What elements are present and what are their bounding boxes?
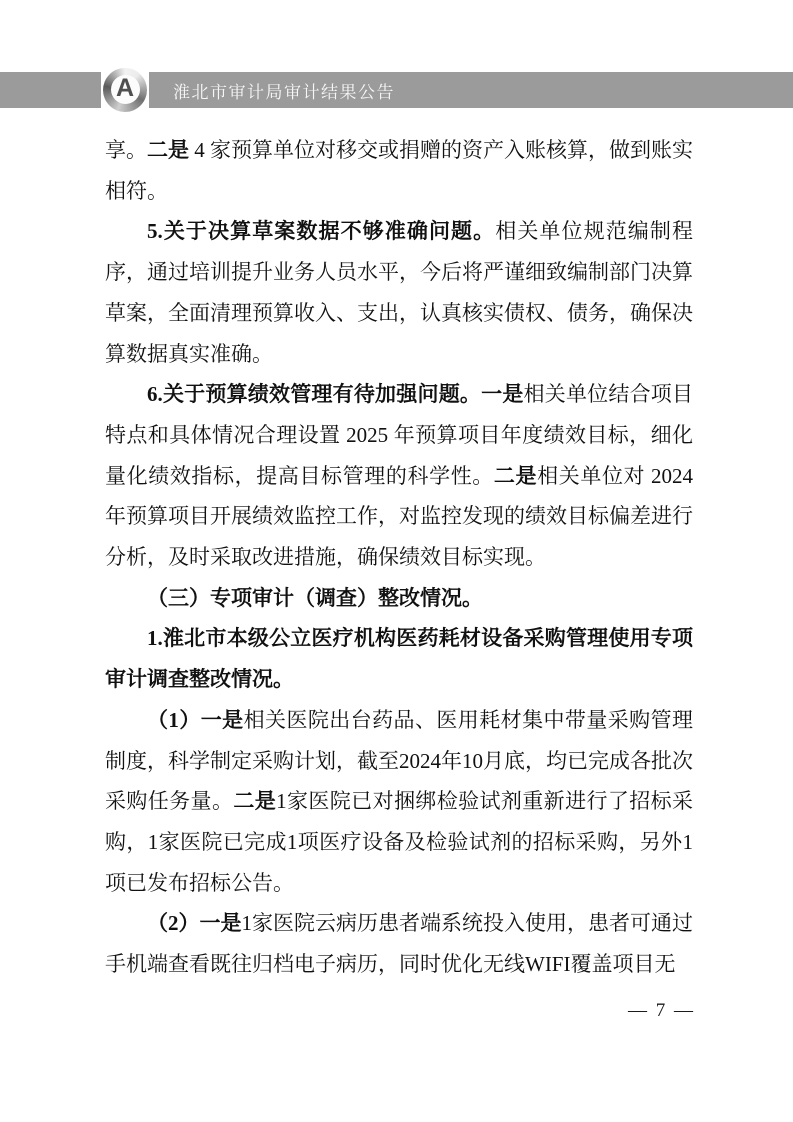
text-run: 4 家预算单位对移交或捐赠的资产入账核算，做到账实相符。 bbox=[105, 138, 693, 203]
bold-text-run: （2）一是 bbox=[147, 911, 242, 935]
bold-text-run: 5.关于决算草案数据不够准确问题。 bbox=[147, 219, 495, 243]
paragraph: （1）一是相关医院出台药品、医用耗材集中带量采购管理制度，科学制定采购计划，截至… bbox=[105, 700, 693, 904]
emblem-inner-circle: A bbox=[111, 75, 140, 104]
paragraph: （三）专项审计（调查）整改情况。 bbox=[105, 578, 693, 619]
paragraph: 5.关于决算草案数据不够准确问题。相关单位规范编制程序，通过培训提升业务人员水平… bbox=[105, 211, 693, 374]
bold-text-run: 1.淮北市本级公立医疗机构医药耗材设备采购管理使用专项审计调查整改情况。 bbox=[105, 626, 693, 691]
bold-text-run: 6.关于预算绩效管理有待加强问题。一是 bbox=[147, 382, 524, 406]
bold-text-run: 二是 bbox=[147, 138, 189, 162]
paragraph: 6.关于预算绩效管理有待加强问题。一是相关单位结合项目特点和具体情况合理设置 2… bbox=[105, 374, 693, 578]
audit-bureau-emblem-icon: A bbox=[103, 68, 147, 112]
bold-text-run: （1）一是 bbox=[147, 708, 244, 732]
audit-logo: A bbox=[101, 64, 149, 115]
paragraph: 1.淮北市本级公立医疗机构医药耗材设备采购管理使用专项审计调查整改情况。 bbox=[105, 618, 693, 699]
page-number: — 7 — bbox=[628, 1000, 695, 1022]
paragraph: （2）一是1家医院云病历患者端系统投入使用，患者可通过手机端查看既往归档电子病历… bbox=[105, 903, 693, 984]
text-run: 享。 bbox=[105, 138, 147, 162]
paragraph: 享。二是 4 家预算单位对移交或捐赠的资产入账核算，做到账实相符。 bbox=[105, 130, 693, 211]
bold-text-run: （三）专项审计（调查）整改情况。 bbox=[147, 586, 483, 610]
banner-title: 淮北市审计局审计结果公告 bbox=[173, 72, 395, 108]
document-page: 淮北市审计局审计结果公告 A 享。二是 4 家预算单位对移交或捐赠的资产入账核算… bbox=[0, 0, 793, 1122]
bold-text-run: 二是 bbox=[233, 789, 276, 813]
emblem-letter: A bbox=[116, 76, 134, 101]
bold-text-run: 二是 bbox=[494, 464, 537, 488]
document-body: 享。二是 4 家预算单位对移交或捐赠的资产入账核算，做到账实相符。5.关于决算草… bbox=[105, 130, 693, 985]
